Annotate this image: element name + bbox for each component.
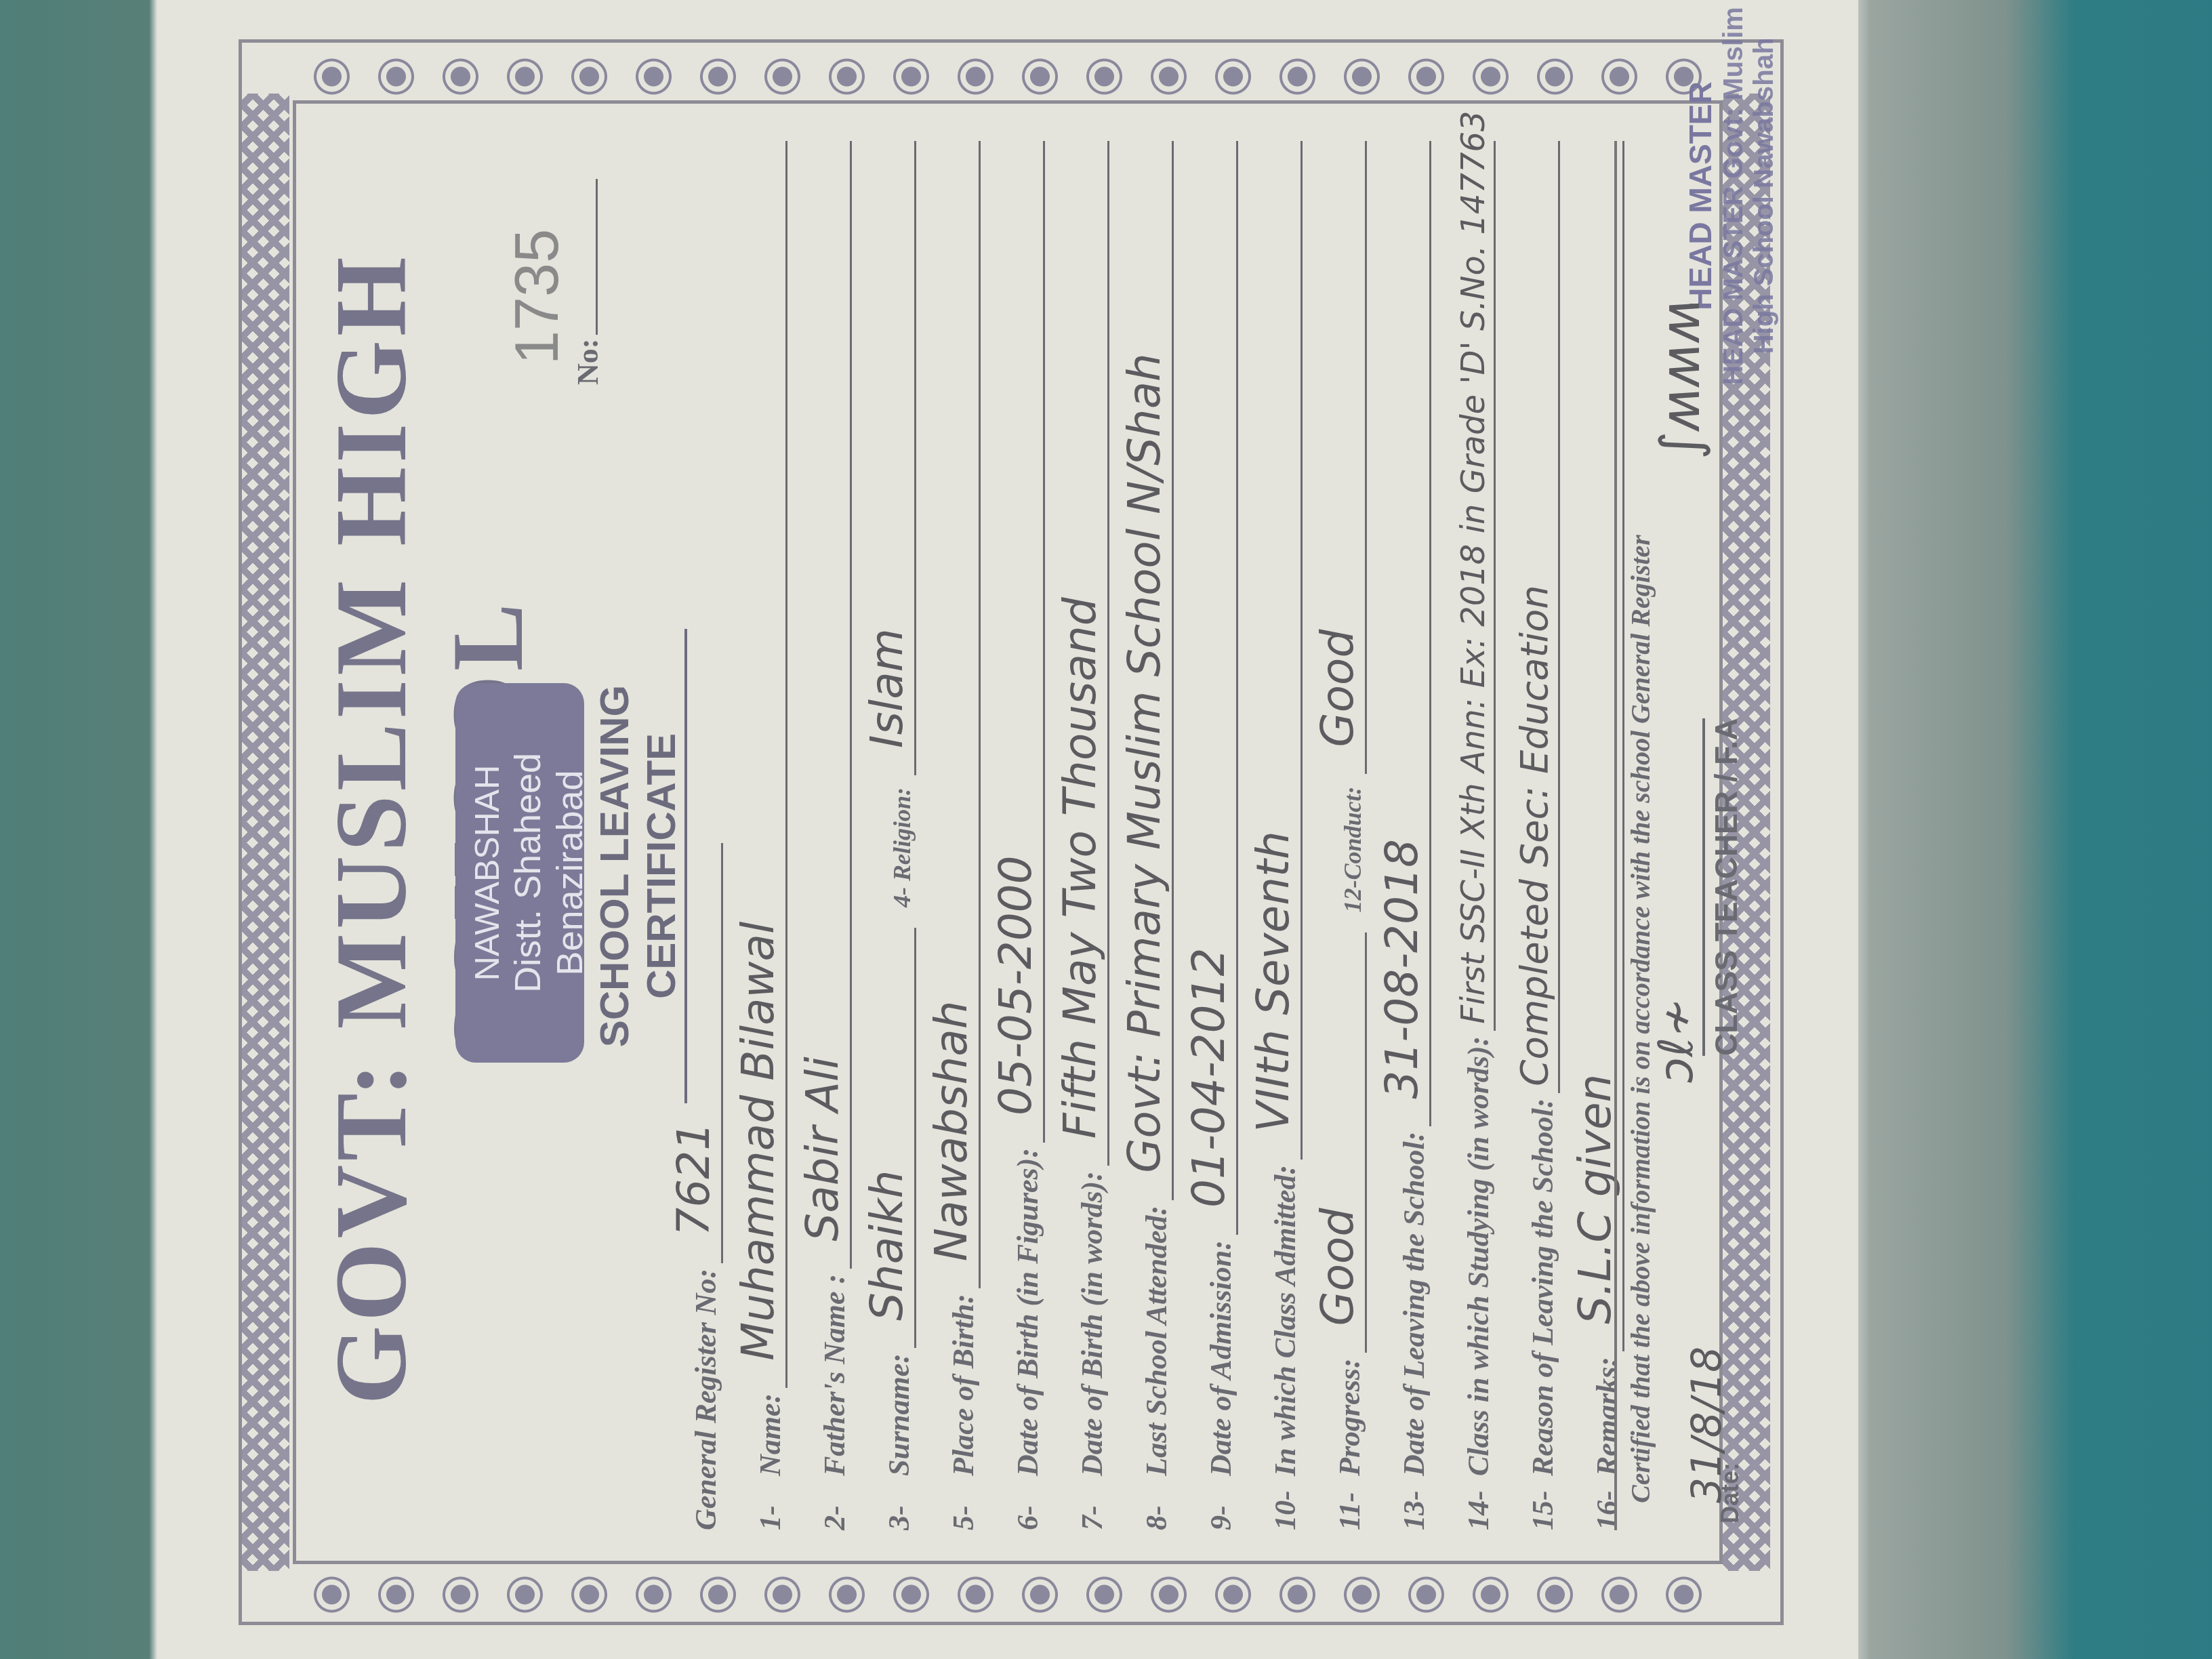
- field-dob-figures: 6-Date of Birth (in Figures): 05-05-2000: [981, 141, 1045, 1530]
- certificate-number-value: 1735: [503, 229, 573, 365]
- field-place-of-birth: 5-Place of Birth: Nawabshah: [916, 141, 981, 1530]
- certificate-number-label: No:: [571, 339, 605, 385]
- ornament-right: [300, 53, 1716, 100]
- field-value: Good: [1311, 630, 1364, 747]
- signature-scribble-icon: ↄℓ≁: [1648, 998, 1704, 1083]
- field-value: 7621: [668, 1122, 720, 1236]
- footer-divider: [1614, 141, 1617, 1530]
- school-leaving-certificate: GOVT: MUSLIM HIGH SCHOOL NAWABSHAH Distt…: [157, 0, 1858, 1659]
- field-value: Good: [1311, 1208, 1364, 1326]
- class-teacher-signature: ↄℓ≁ CLASS TEACHER / F.A: [1702, 718, 1744, 1056]
- date-value: 31/8/18: [1683, 1347, 1731, 1503]
- field-value: First SSC-II Xth Ann: Ex: 2018 in Grade …: [1454, 110, 1492, 1023]
- field-surname-religion: 3-Surname: Shaikh 4- Religion: Islam: [852, 141, 916, 1530]
- field-date-of-admission: 9-Date of Admission: 01-04-2012: [1174, 141, 1238, 1530]
- field-value: Completed Sec: Education: [1513, 585, 1557, 1086]
- field-value: Sabir Ali: [796, 1057, 848, 1242]
- field-dob-words: 7-Date of Birth (in words): Fifth May Tw…: [1045, 141, 1109, 1530]
- field-value: S.L.C given: [1569, 1074, 1621, 1324]
- field-value: Fifth May Two Thousand: [1054, 597, 1106, 1139]
- ornament-top: [242, 94, 289, 1571]
- badge-city: NAWABSHAH: [468, 683, 507, 1063]
- field-value: Govt: Primary Muslim School N/Shah: [1118, 353, 1170, 1173]
- badge-district: Distt. Shaheed Benazirabad: [507, 683, 591, 1063]
- field-value: VIIth Seventh: [1247, 831, 1299, 1132]
- field-value: Shaikh: [861, 1170, 913, 1321]
- field-value: Nawabshah: [925, 1001, 977, 1262]
- location-badge: NAWABSHAH Distt. Shaheed Benazirabad: [455, 683, 584, 1063]
- date-signature: 31/8/18 Date:: [1716, 1462, 1744, 1523]
- document-photo: GOVT: MUSLIM HIGH SCHOOL NAWABSHAH Distt…: [157, 0, 1858, 1659]
- ornament-left: [300, 1571, 1716, 1618]
- field-date-of-leaving: 13-Date of Leaving the School: 31-08-201…: [1367, 141, 1431, 1530]
- certificate-number: 1735 No:: [571, 179, 605, 385]
- field-class-admitted: 10-In which Class Admitted: VIIth Sevent…: [1238, 141, 1303, 1530]
- fields-list: General Register No: 7621 1-Name: Muhamm…: [659, 141, 1624, 1530]
- field-progress-conduct: 11-Progress: Good 12-Conduct: Good: [1303, 141, 1367, 1530]
- field-register-no: General Register No: 7621: [659, 141, 723, 1530]
- field-name: 1-Name: Muhammad Bilawal: [723, 141, 787, 1530]
- field-value: 05-05-2000: [989, 855, 1042, 1115]
- official-stamp: HEAD MASTER Govt: Muslim High School Naw…: [1719, 0, 1780, 392]
- field-value: Muhammad Bilawal: [732, 922, 784, 1361]
- field-value: 01-04-2012: [1183, 947, 1235, 1208]
- field-last-school: 8-Last School Attended: Govt: Primary Mu…: [1109, 141, 1174, 1530]
- field-value: 31-08-2018: [1376, 839, 1428, 1099]
- signature-scribble-icon: ∫ʍʍʍ: [1649, 298, 1712, 459]
- field-father-name: 2-Father's Name : Sabir Ali: [787, 141, 852, 1530]
- field-class-studying: 14-Class in which Studying (in words): F…: [1431, 141, 1496, 1530]
- head-master-signature: ∫ʍʍʍ HEAD MASTER HEAD MASTER Govt: Musli…: [1682, 0, 1780, 392]
- class-teacher-label: CLASS TEACHER / F.A: [1708, 718, 1744, 1056]
- field-value: Islam: [861, 628, 913, 748]
- field-reason-leaving: 15-Reason of Leaving the School: Complet…: [1496, 141, 1560, 1530]
